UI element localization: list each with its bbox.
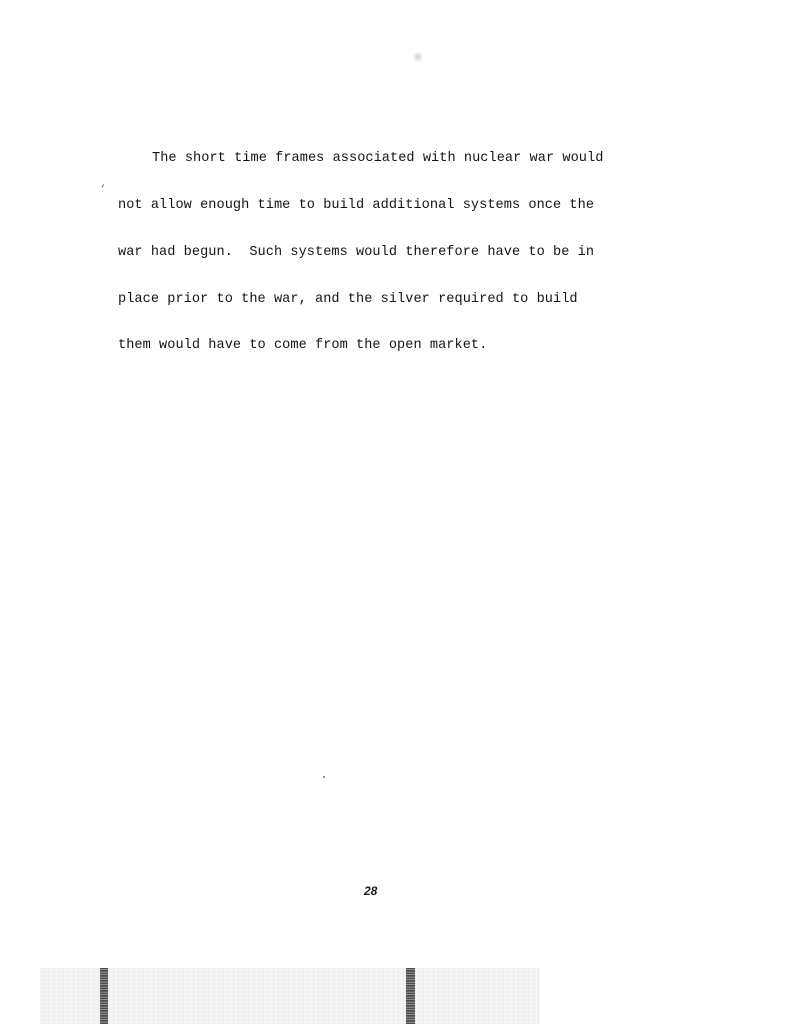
paragraph-line: The short time frames associated with nu… bbox=[118, 151, 678, 167]
paragraph-line: place prior to the war, and the silver r… bbox=[118, 292, 678, 308]
scan-streak bbox=[406, 968, 415, 1024]
document-page: The short time frames associated with nu… bbox=[0, 0, 803, 1024]
margin-mark: ’ bbox=[100, 185, 106, 196]
paragraph-line: them would have to come from the open ma… bbox=[118, 338, 678, 354]
paragraph-line: war had begun. Such systems would theref… bbox=[118, 245, 678, 261]
page-number: 28 bbox=[364, 884, 377, 898]
scan-dot bbox=[323, 776, 325, 778]
scan-streak bbox=[100, 968, 108, 1024]
body-paragraph: The short time frames associated with nu… bbox=[118, 120, 678, 385]
scan-noise-band bbox=[40, 968, 540, 1024]
paragraph-line: not allow enough time to build additiona… bbox=[118, 198, 678, 214]
scan-speck bbox=[412, 52, 424, 62]
